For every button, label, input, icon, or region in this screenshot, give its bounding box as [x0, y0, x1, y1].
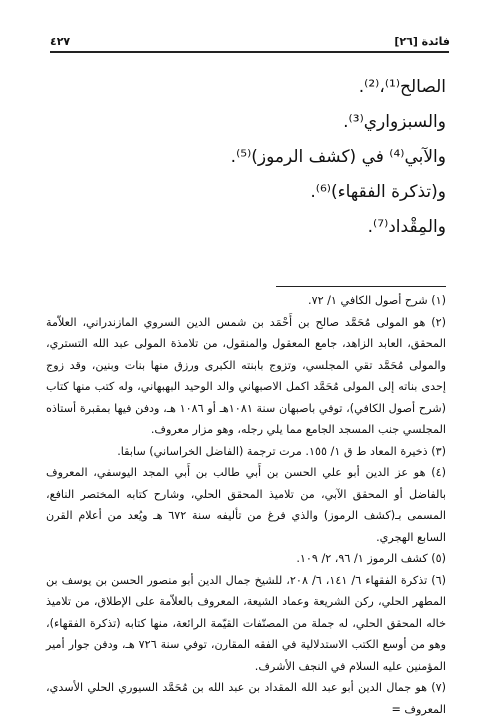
footnote-number: (٧): [431, 681, 446, 694]
footnote-7: (٧) هو جمال الدين أبو عبد الله المقداد ب…: [46, 677, 446, 718]
footnote-text: هو جمال الدين أبو عبد الله المقداد بن عب…: [46, 681, 446, 716]
page-header: فائدة [٢٦] ٤٢٧: [50, 32, 450, 50]
footnote-text: هو عز الدين أبو علي الحسن بن أَبي طالب ب…: [46, 466, 446, 544]
header-divider: [50, 51, 449, 53]
footnote-5: (٥) كشف الرموز ١/ ٩٦، ٢/ ١٠٩.: [46, 548, 446, 570]
main-line: والسبزواري⁽³⁾.: [46, 105, 446, 140]
main-line: والمِقْداد⁽⁷⁾.: [46, 210, 446, 245]
footnote-number: (٦): [431, 574, 446, 587]
main-line: الصالح⁽¹⁾،⁽²⁾.: [46, 70, 446, 105]
page-number: ٤٢٧: [50, 35, 70, 48]
footnote-number: (٣): [431, 445, 446, 458]
footnote-1: (١) شرح أصول الكافي ١/ ٧٢.: [46, 290, 446, 312]
footnote-number: (٢): [431, 316, 446, 329]
footnote-text: ذخيرة المعاد ط ق ١/ ١٥٥. مرت ترجمة (الفا…: [117, 445, 427, 458]
main-line: و(تذكرة الفقهاء)⁽⁶⁾.: [46, 175, 446, 210]
footnote-number: (١): [431, 294, 446, 307]
footnote-text: شرح أصول الكافي ١/ ٧٢.: [308, 294, 428, 307]
footnote-text: كشف الرموز ١/ ٩٦، ٢/ ١٠٩.: [296, 552, 427, 565]
footnote-3: (٣) ذخيرة المعاد ط ق ١/ ١٥٥. مرت ترجمة (…: [46, 441, 446, 463]
footnotes: (١) شرح أصول الكافي ١/ ٧٢. (٢) هو المولى…: [46, 290, 446, 718]
footnote-text: تذكرة الفقهاء ٦/ ١٤١، ٦/ ٢٠٨، للشيخ جمال…: [46, 574, 446, 673]
footnote-text: هو المولى مُحَمَّد صالح بن أَحْمَد بن شم…: [46, 316, 446, 437]
running-title: فائدة [٢٦]: [394, 35, 450, 48]
main-text: الصالح⁽¹⁾،⁽²⁾. والسبزواري⁽³⁾. والآبي⁽⁴⁾ …: [46, 70, 446, 245]
main-line: والآبي⁽⁴⁾ في (كشف الرموز)⁽⁵⁾.: [46, 140, 446, 175]
footnote-6: (٦) تذكرة الفقهاء ٦/ ١٤١، ٦/ ٢٠٨، للشيخ …: [46, 570, 446, 678]
book-page: فائدة [٢٦] ٤٢٧ الصالح⁽¹⁾،⁽²⁾. والسبزواري…: [0, 0, 493, 718]
footnote-4: (٤) هو عز الدين أبو علي الحسن بن أَبي طا…: [46, 462, 446, 548]
footnote-2: (٢) هو المولى مُحَمَّد صالح بن أَحْمَد ب…: [46, 312, 446, 441]
footnote-number: (٤): [431, 466, 446, 479]
footnote-number: (٥): [431, 552, 446, 565]
footnote-divider: [276, 286, 446, 287]
